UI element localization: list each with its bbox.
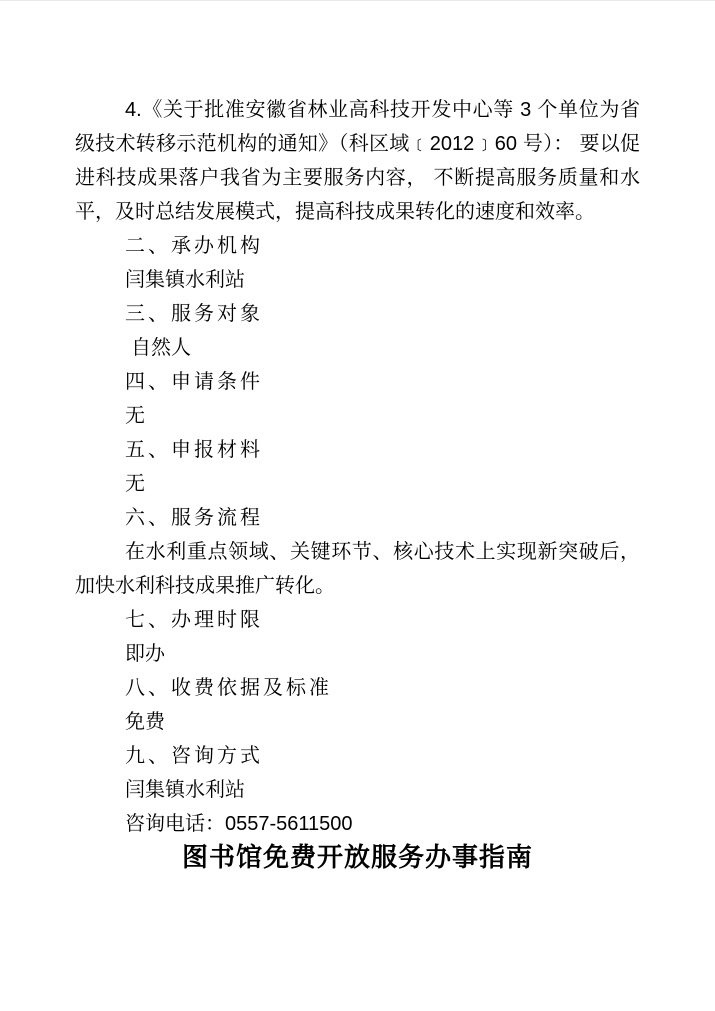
section-heading-fee-basis-standard: 八、收费依据及标准 [75,671,640,705]
next-guide-title: 图书馆免费开放服务办事指南 [75,841,640,873]
section-heading-service-target: 三、服务对象 [75,297,640,331]
section-heading-processing-time-limit: 七、办理时限 [75,603,640,637]
section-heading-consultation-method: 九、咨询方式 [75,739,640,773]
section-body-undertaking-agency: 闫集镇水利站 [75,263,640,297]
section-body-application-materials: 无 [75,467,640,501]
section-heading-application-materials: 五、申报材料 [75,433,640,467]
section-body-application-conditions: 无 [75,399,640,433]
section-heading-undertaking-agency: 二、承办机构 [75,229,640,263]
section-body-service-process: 在水利重点领域、关键环节、核心技术上实现新突破后，加快水利科技成果推广转化。 [75,535,640,603]
section-body-processing-time-limit: 即办 [75,637,640,671]
section-body-consultation-phone: 咨询电话：0557-5611500 [75,807,640,841]
section-body-service-target: 自然人 [75,331,640,365]
section-body-consultation-org: 闫集镇水利站 [75,773,640,807]
section-heading-application-conditions: 四、申请条件 [75,365,640,399]
section-body-fee-basis-standard: 免费 [75,705,640,739]
notice-item-paragraph: 4.《关于批准安徽省林业高科技开发中心等 3 个单位为省级技术转移示范机构的通知… [75,93,640,229]
document-page: 4.《关于批准安徽省林业高科技开发中心等 3 个单位为省级技术转移示范机构的通知… [0,1,715,873]
section-heading-service-process: 六、服务流程 [75,501,640,535]
